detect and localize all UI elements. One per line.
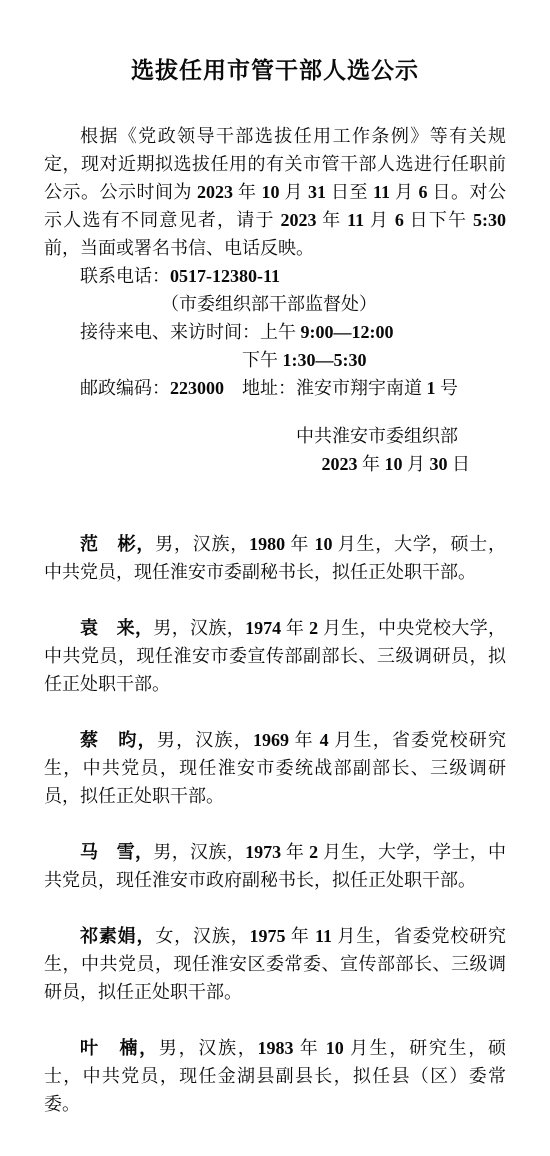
candidate-entry: 袁 来，男，汉族，1974 年 2 月生，中央党校大学，中共党员，现任淮安市委宣… xyxy=(44,614,506,698)
document-page: 选拔任用市管干部人选公示 根据《党政领导干部选拔任用工作条例》等有关规定，现对近… xyxy=(0,0,550,1118)
candidates-list: 范 彬，男，汉族，1980 年 10 月生，大学，硕士，中共党员，现任淮安市委副… xyxy=(44,530,506,1118)
candidate-name: 范 彬， xyxy=(80,534,155,554)
postal-address-line: 邮政编码：223000 地址：淮安市翔宇南道 1 号 xyxy=(44,374,506,402)
contact-phone-line: 联系电话：0517-12380-11 xyxy=(44,262,506,290)
signature-org: 中共淮安市委组织部 xyxy=(44,422,470,450)
candidate-name: 蔡 昀， xyxy=(80,730,157,750)
candidate-entry: 叶 楠，男，汉族，1983 年 10 月生，研究生，硕士，中共党员，现任金湖县副… xyxy=(44,1034,506,1118)
candidate-name: 祁素娟， xyxy=(80,926,155,946)
contact-dept-line: （市委组织部干部监督处） xyxy=(44,290,506,318)
visit-time-line-2: 下午 1:30—5:30 xyxy=(44,346,506,374)
signature-date: 2023 年 10 月 30 日 xyxy=(44,450,470,478)
candidate-entry: 蔡 昀，男，汉族，1969 年 4 月生，省委党校研究生，中共党员，现任淮安市委… xyxy=(44,726,506,810)
candidate-entry: 范 彬，男，汉族，1980 年 10 月生，大学，硕士，中共党员，现任淮安市委副… xyxy=(44,530,506,586)
visit-time-line: 接待来电、来访时间：上午 9:00—12:00 xyxy=(44,318,506,346)
signature-block: 中共淮安市委组织部 2023 年 10 月 30 日 xyxy=(44,422,506,478)
candidate-entry: 马 雪，男，汉族，1973 年 2 月生，大学，学士，中共党员，现任淮安市政府副… xyxy=(44,838,506,894)
candidate-name: 马 雪， xyxy=(80,842,153,862)
candidate-name: 叶 楠， xyxy=(80,1038,159,1058)
intro-paragraph: 根据《党政领导干部选拔任用工作条例》等有关规定，现对近期拟选拔任用的有关市管干部… xyxy=(44,122,506,262)
notice-title: 选拔任用市管干部人选公示 xyxy=(44,56,506,86)
candidate-name: 袁 来， xyxy=(80,618,153,638)
candidate-entry: 祁素娟，女，汉族，1975 年 11 月生，省委党校研究生，中共党员，现任淮安区… xyxy=(44,922,506,1006)
contact-block: 联系电话：0517-12380-11 （市委组织部干部监督处） 接待来电、来访时… xyxy=(44,262,506,402)
